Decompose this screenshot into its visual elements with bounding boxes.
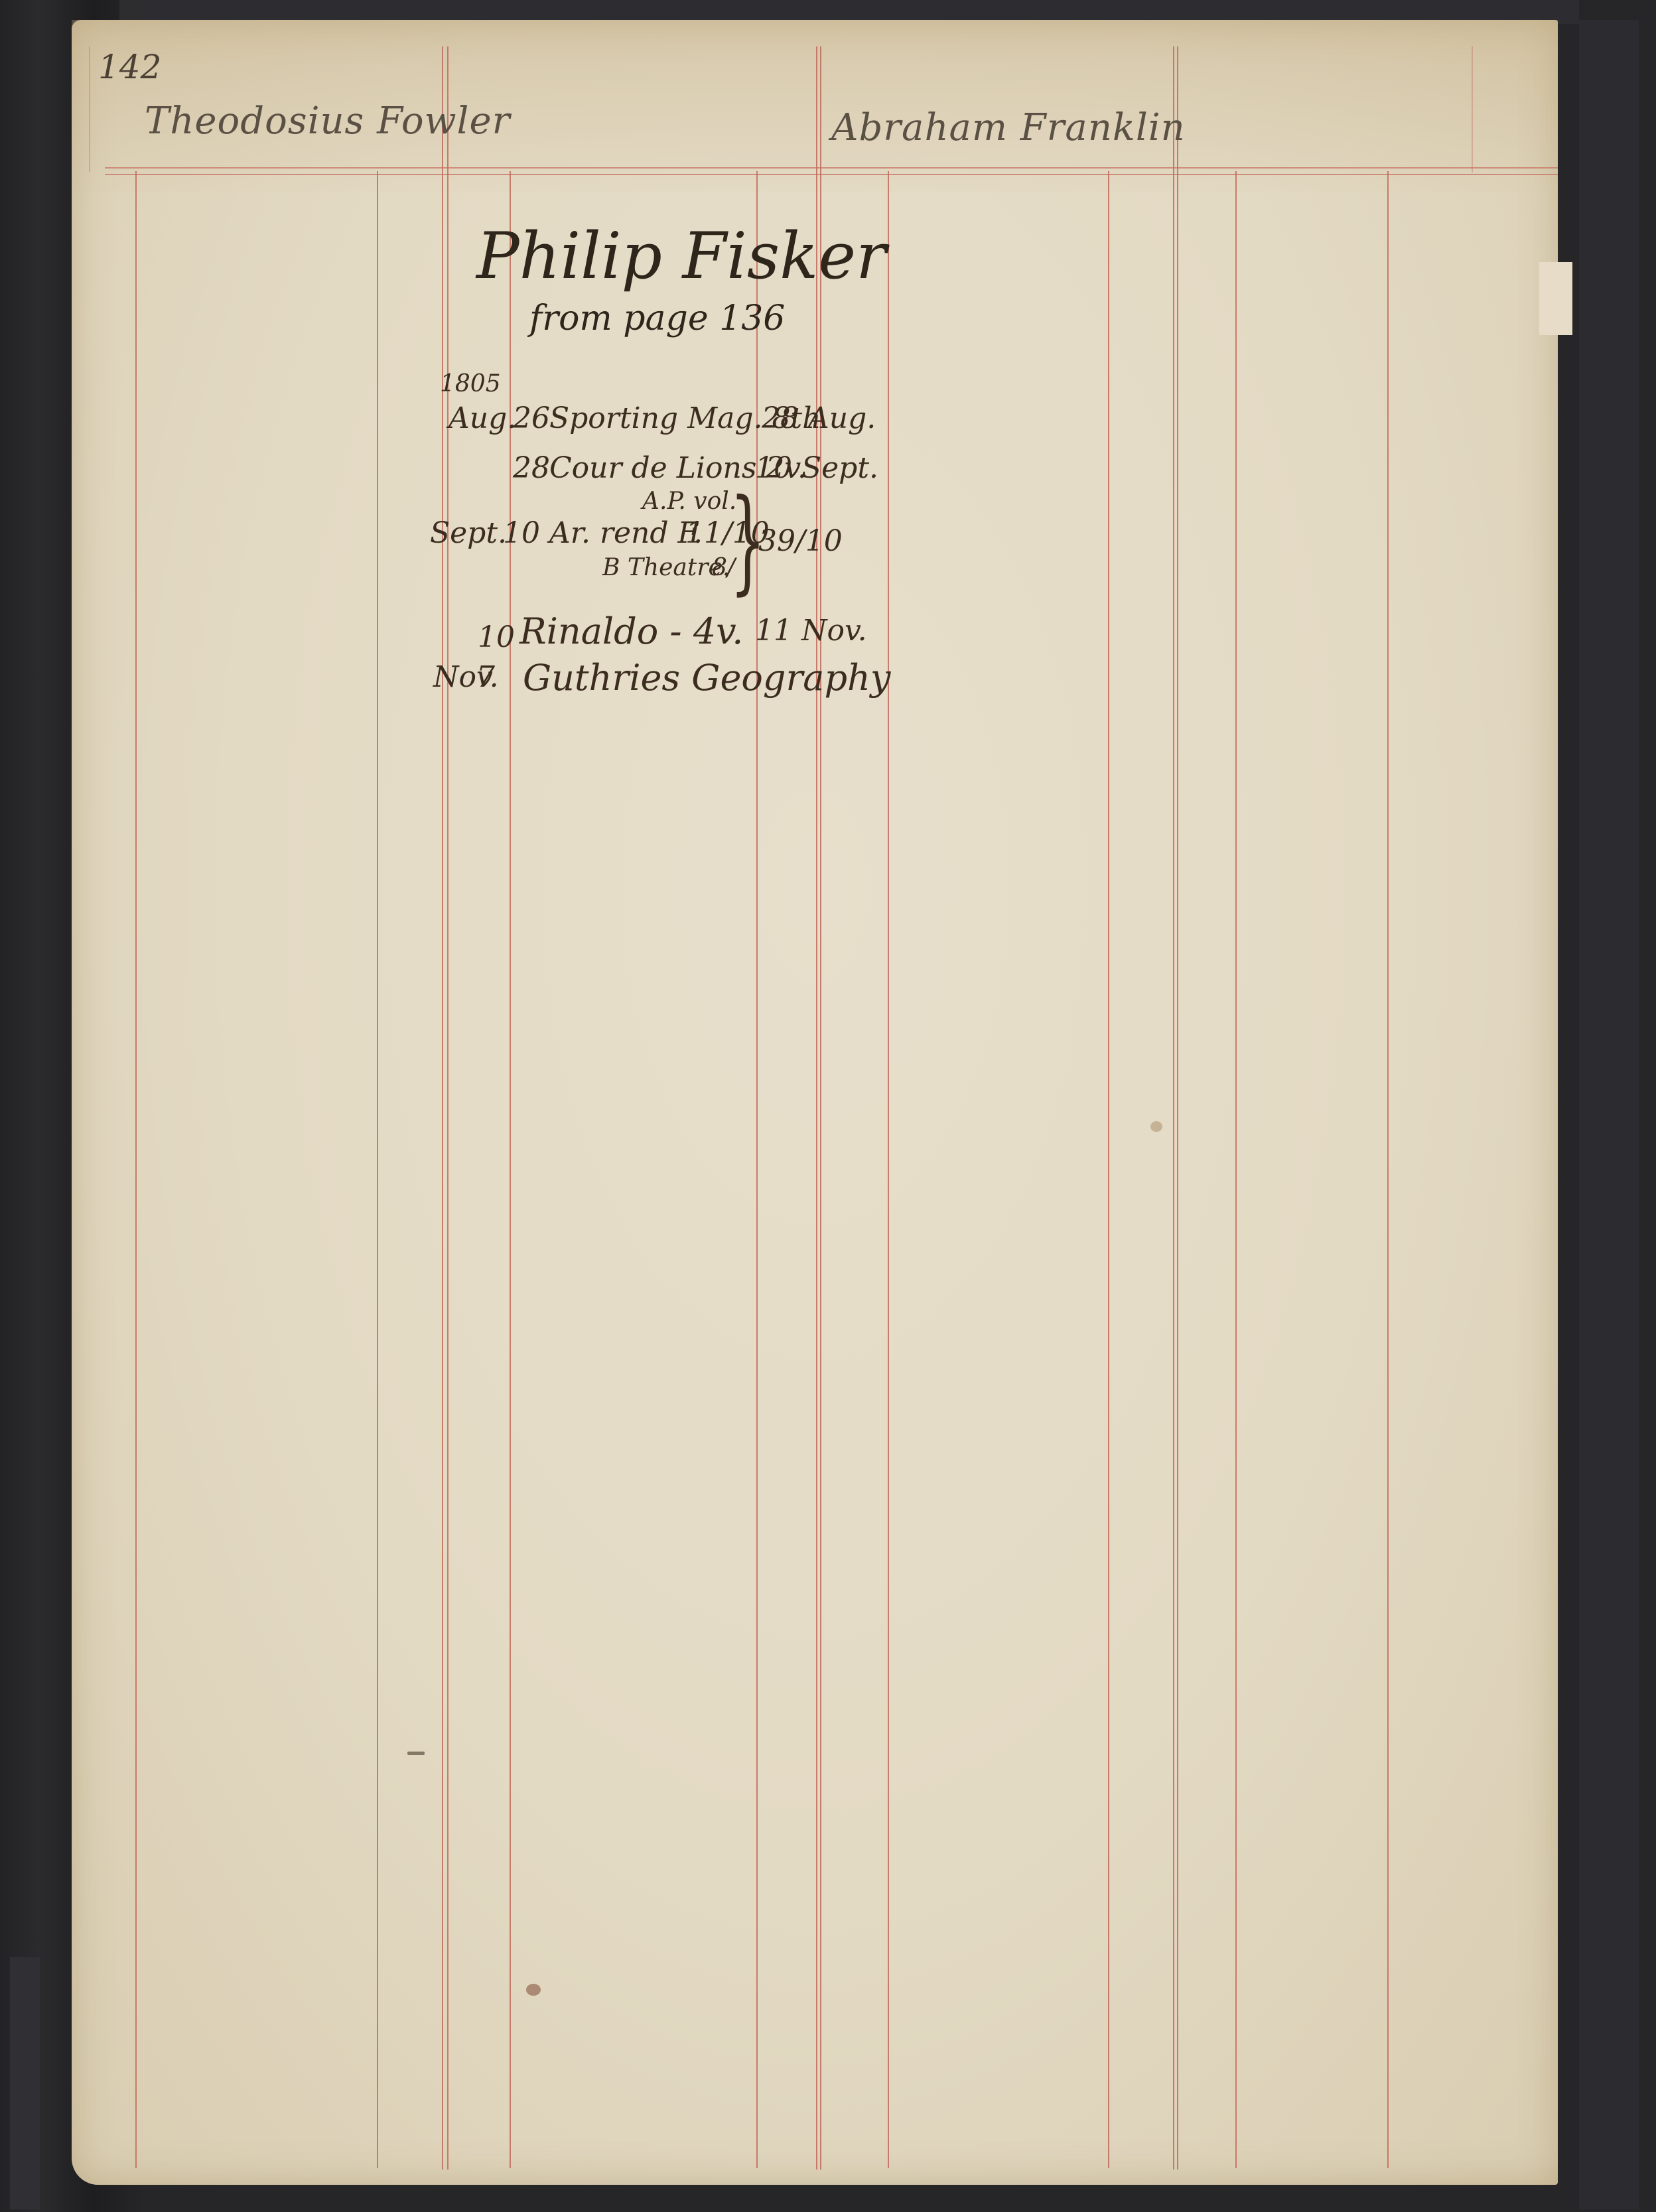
- column-rule: [1173, 46, 1174, 2170]
- paper-repair-tab: [1539, 262, 1572, 335]
- entry-day: 7: [476, 660, 495, 694]
- column-rule: [442, 46, 443, 2170]
- column-rule: [89, 46, 90, 173]
- header-rule-top: [105, 167, 1558, 169]
- header-rule-bottom: [105, 174, 1558, 175]
- column-rule: [1108, 171, 1109, 2168]
- entry-day: 26: [513, 401, 550, 435]
- entry-title: Guthries Geography: [523, 657, 890, 699]
- entry-month: Sept.: [430, 516, 507, 550]
- entry-title: B Theatre.: [602, 554, 730, 581]
- grouped-total: 39/10: [758, 524, 843, 558]
- mounting-tape-right: [1579, 20, 1639, 2209]
- column-rule: [135, 171, 137, 2168]
- entry-note: 11 Nov.: [755, 614, 867, 648]
- header-account-right: Abraham Franklin: [831, 106, 1186, 149]
- column-rule: [816, 46, 817, 2170]
- ink-mark: [407, 1752, 425, 1755]
- mounting-tape-left: [10, 1957, 40, 2209]
- header-account-left: Theodosius Fowler: [145, 100, 510, 143]
- entry-year: 1805: [440, 370, 501, 397]
- entry-note: 28 Aug.: [762, 401, 876, 435]
- account-page-reference: from page 136: [529, 299, 785, 338]
- page-number: 142: [98, 48, 161, 86]
- column-rule: [1387, 171, 1389, 2168]
- entry-title: Ar. rend F.: [549, 516, 703, 550]
- column-rule: [1177, 46, 1178, 2170]
- entry-day: 28: [513, 451, 550, 485]
- column-rule: [1472, 46, 1473, 173]
- entry-day: 10: [503, 516, 540, 550]
- column-rule: [888, 171, 889, 2168]
- ink-stain: [1150, 1121, 1162, 1132]
- column-rule: [377, 171, 378, 2168]
- entry-day: 10: [478, 620, 515, 654]
- column-rule: [447, 46, 448, 2170]
- column-rule: [510, 171, 511, 2168]
- entry-note: 10 Sept.: [755, 451, 878, 485]
- ledger-page: 142 Theodosius Fowler Abraham Franklin P…: [72, 20, 1558, 2185]
- ink-stain: [526, 1984, 541, 1996]
- entry-title: Rinaldo - 4v.: [519, 610, 743, 652]
- column-rule: [820, 46, 821, 2170]
- entry-month: Aug.: [448, 401, 516, 435]
- account-name: Philip Fisker: [476, 219, 886, 293]
- entry-title: A.P. vol.: [642, 488, 736, 515]
- column-rule: [1235, 171, 1237, 2168]
